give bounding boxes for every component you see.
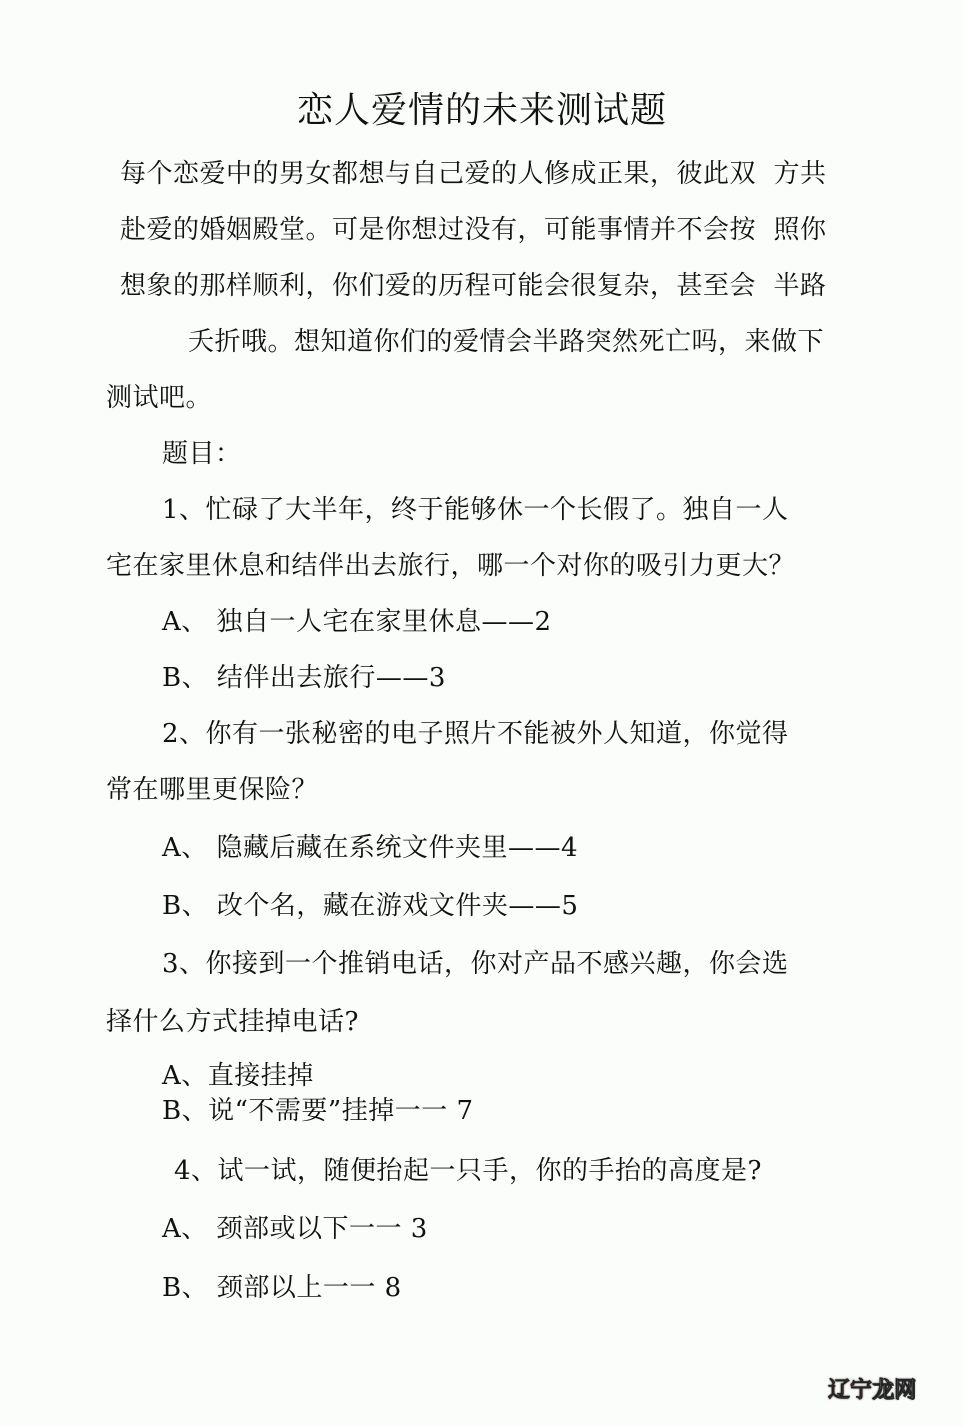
watermark-logo: 辽宁龙网 <box>828 1378 916 1404</box>
question-text: 宅在家里休息和结伴出去旅行，哪一个对你的吸引力更大？ <box>106 550 795 582</box>
option-b: B、 颈部以上一一 8 <box>162 1272 402 1304</box>
watermark-part-2: 龙网 <box>872 1378 916 1403</box>
option-a: A、 颈部或以下一一 3 <box>162 1213 428 1245</box>
intro-line: 夭折哦。想知道你们的爱情会半路突然死亡吗，来做下 <box>188 326 824 358</box>
option-b: B、说“不需要”挂掉一一 7 <box>162 1095 474 1127</box>
option-b: B、 改个名，藏在游戏文件夹——5 <box>162 890 578 922</box>
option-a: A、直接挂掉 <box>162 1060 314 1092</box>
section-label: 题目： <box>162 438 242 470</box>
question-text: 常在哪里更保险？ <box>106 774 318 806</box>
watermark-part-1: 辽宁 <box>828 1378 872 1403</box>
intro-line: 每个恋爱中的男女都想与自己爱的人修成正果，彼此双 方共 <box>120 158 827 190</box>
question-text: 4、试一试，随便抬起一只手，你的手抬的高度是? <box>174 1155 762 1187</box>
question-text: 2、你有一张秘密的电子照片不能被外人知道，你觉得 <box>162 718 789 750</box>
question-text: 3、你接到一个推销电话，你对产品不感兴趣，你会选 <box>162 948 789 980</box>
intro-line: 想象的那样顺利，你们爱的历程可能会很复杂，甚至会 半路 <box>120 270 827 302</box>
option-a: A、 独自一人宅在家里休息——2 <box>162 606 552 638</box>
intro-line: 测试吧。 <box>106 382 212 414</box>
question-text: 择什么方式挂掉电话? <box>106 1006 359 1038</box>
option-b: B、 结伴出去旅行——3 <box>162 662 446 694</box>
document-title: 恋人爱情的未来测试题 <box>0 90 964 132</box>
question-text: 1、忙碌了大半年，终于能够休一个长假了。独自一人 <box>162 494 789 526</box>
option-a: A、 隐藏后藏在系统文件夹里——4 <box>162 832 578 864</box>
intro-line: 赴爱的婚姻殿堂。可是你想过没有，可能事情并不会按 照你 <box>120 214 827 246</box>
